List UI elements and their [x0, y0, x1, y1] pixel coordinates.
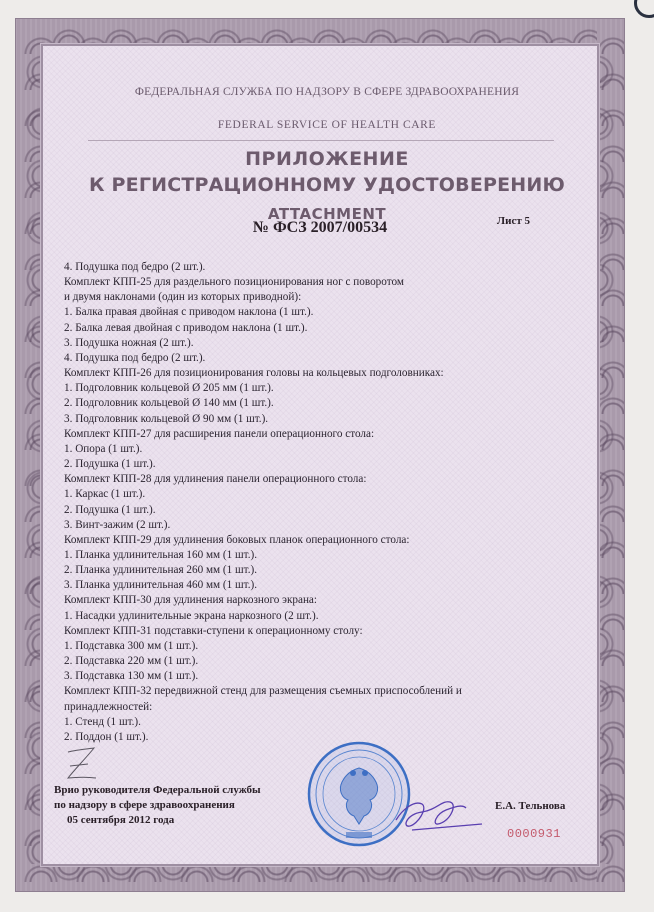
list-line: 3. Планка удлинительная 460 мм (1 шт.). [64, 578, 544, 593]
list-line: Комплект КПП-26 для позиционирования гол… [64, 366, 544, 381]
list-line: Комплект КПП-27 для расширения панели оп… [64, 427, 544, 442]
list-line: 2. Планка удлинительная 260 мм (1 шт.). [64, 563, 544, 578]
list-line: 1. Балка правая двойная с приводом накло… [64, 305, 544, 320]
signatory-title-line2: по надзору в сфере здравоохранения [54, 798, 261, 813]
document-title: ПРИЛОЖЕНИЕ [0, 148, 654, 170]
list-line: 2. Подушка (1 шт.). [64, 503, 544, 518]
signatory-title-line1: Врио руководителя Федеральной службы [54, 783, 261, 798]
list-line: Комплект КПП-32 передвижной стенд для ра… [64, 684, 544, 699]
issue-date: 05 сентября 2012 года [54, 813, 261, 828]
list-line: 1. Планка удлинительная 160 мм (1 шт.). [64, 548, 544, 563]
list-line: 2. Балка левая двойная с приводом наклон… [64, 321, 544, 336]
list-line: 1. Каркас (1 шт.). [64, 487, 544, 502]
ornament-bottom [43, 864, 597, 892]
list-line: Комплект КПП-28 для удлинения панели опе… [64, 472, 544, 487]
list-line: 3. Винт-зажим (2 шт.). [64, 518, 544, 533]
list-line: Комплект КПП-31 подставки-ступени к опер… [64, 624, 544, 639]
list-line: 3. Подушка ножная (2 шт.). [64, 336, 544, 351]
document-subtitle: К РЕГИСТРАЦИОННОМУ УДОСТОВЕРЕНИЮ [0, 174, 654, 196]
serial-number: 0000931 [507, 827, 561, 841]
sheet-number: Лист 5 [497, 215, 530, 227]
list-line: 1. Насадки удлинительные экрана наркозно… [64, 609, 544, 624]
list-line: 3. Подголовник кольцевой Ø 90 мм (1 шт.)… [64, 412, 544, 427]
handwritten-mark [62, 744, 102, 786]
list-line: 1. Подголовник кольцевой Ø 205 мм (1 шт.… [64, 381, 544, 396]
list-line: 3. Подставка 130 мм (1 шт.). [64, 669, 544, 684]
list-line: 1. Стенд (1 шт.). [64, 715, 544, 730]
ornament-top [43, 18, 597, 46]
equipment-list: 4. Подушка под бедро (2 шт.).Комплект КП… [64, 260, 544, 745]
registration-number: № ФСЗ 2007/00534 [0, 219, 640, 237]
list-line: 4. Подушка под бедро (2 шт.). [64, 351, 544, 366]
list-line: Комплект КПП-29 для удлинения боковых пл… [64, 533, 544, 548]
list-line: Комплект КПП-25 для раздельного позицион… [64, 275, 544, 290]
list-line: 1. Подставка 300 мм (1 шт.). [64, 639, 544, 654]
agency-name-ru: Федеральная служба по надзору в сфере зд… [0, 86, 654, 98]
signer-name: Е.А. Тельнова [495, 800, 565, 812]
list-line: 2. Подставка 220 мм (1 шт.). [64, 654, 544, 669]
page-corner [634, 0, 654, 18]
list-line: 4. Подушка под бедро (2 шт.). [64, 260, 544, 275]
list-line: 1. Опора (1 шт.). [64, 442, 544, 457]
list-line: Комплект КПП-30 для удлинения наркозного… [64, 593, 544, 608]
list-line: 2. Подушка (1 шт.). [64, 457, 544, 472]
signatory-block: Врио руководителя Федеральной службы по … [54, 783, 261, 828]
list-line: принадлежностей: [64, 700, 544, 715]
list-line: 2. Поддон (1 шт.). [64, 730, 544, 745]
agency-name-en: Federal Service of Health Care [0, 119, 654, 131]
list-line: 2. Подголовник кольцевой Ø 140 мм (1 шт.… [64, 396, 544, 411]
header-divider [88, 140, 554, 141]
list-line: и двумя наклонами (один из которых приво… [64, 290, 544, 305]
signature-icon [392, 790, 484, 834]
